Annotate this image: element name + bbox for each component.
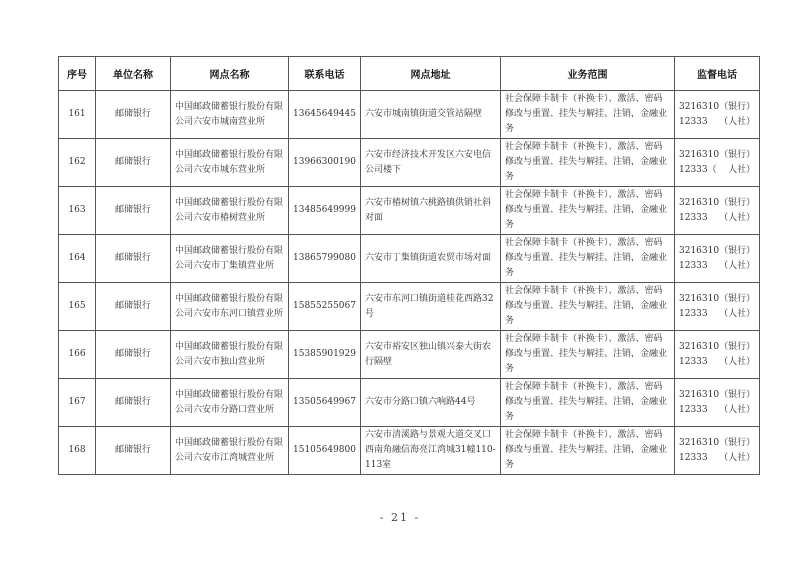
cell-contact-phone: 13966300190: [289, 139, 361, 187]
supervision-hr-line: 12333（人社）: [679, 115, 755, 130]
cell-branch-name: 中国邮政储蓄银行股份有限公司六安市城东营业所: [171, 139, 289, 187]
cell-business-scope: 社会保障卡制卡（补换卡）、激活、密码修改与重置、挂失与解挂、注销，金融业务: [501, 139, 675, 187]
document-page: 序号 单位名称 网点名称 联系电话 网点地址 业务范围 监督电话 161 邮储银…: [0, 0, 800, 565]
supervision-hr-line: 12333（人社）: [679, 259, 755, 274]
header-business-scope: 业务范围: [501, 57, 675, 91]
cell-unit-name: 邮储银行: [96, 187, 171, 235]
cell-unit-name: 邮储银行: [96, 427, 171, 475]
supervision-hr-line: 12333（人社）: [679, 163, 755, 178]
cell-business-scope: 社会保障卡制卡（补换卡）、激活、密码修改与重置、挂失与解挂、注销，金融业务: [501, 91, 675, 139]
header-supervision-phone: 监督电话: [675, 57, 760, 91]
header-branch-address: 网点地址: [361, 57, 501, 91]
table-row: 163 邮储银行 中国邮政储蓄银行股份有限公司六安市椿树营业所 13485649…: [59, 187, 760, 235]
cell-branch-name: 中国邮政储蓄银行股份有限公司六安市独山营业所: [171, 331, 289, 379]
supervision-bank-line: 3216310（银行）: [679, 148, 755, 163]
supervision-bank-line: 3216310（银行）: [679, 436, 755, 451]
supervision-bank-line: 3216310（银行）: [679, 340, 755, 355]
cell-branch-name: 中国邮政储蓄银行股份有限公司六安市东河口镇营业所: [171, 283, 289, 331]
cell-supervision-phone: 3216310（银行） 12333（人社）: [675, 427, 760, 475]
supervision-hr-line: 12333（人社）: [679, 403, 755, 418]
supervision-bank: 3216310（银行）: [679, 196, 755, 211]
table-row: 161 邮储银行 中国邮政储蓄银行股份有限公司六安市城南营业所 13645649…: [59, 91, 760, 139]
supervision-hr-label: （人社）: [719, 403, 755, 418]
supervision-bank-line: 3216310（银行）: [679, 100, 755, 115]
cell-contact-phone: 13645649445: [289, 91, 361, 139]
supervision-hr-label: （人社）: [719, 115, 755, 130]
cell-unit-name: 邮储银行: [96, 91, 171, 139]
cell-branch-name: 中国邮政储蓄银行股份有限公司六安市城南营业所: [171, 91, 289, 139]
cell-branch-name: 中国邮政储蓄银行股份有限公司六安市分路口营业所: [171, 379, 289, 427]
cell-contact-phone: 15105649800: [289, 427, 361, 475]
header-unit-name: 单位名称: [96, 57, 171, 91]
supervision-hr-label: （人社）: [719, 259, 755, 274]
cell-contact-phone: 13505649967: [289, 379, 361, 427]
supervision-bank: 3216310（银行）: [679, 388, 755, 403]
header-contact-phone: 联系电话: [289, 57, 361, 91]
cell-unit-name: 邮储银行: [96, 235, 171, 283]
supervision-hr-line: 12333（人社）: [679, 211, 755, 226]
table-row: 167 邮储银行 中国邮政储蓄银行股份有限公司六安市分路口营业所 1350564…: [59, 379, 760, 427]
supervision-bank: 3216310（银行）: [679, 100, 755, 115]
cell-branch-name: 中国邮政储蓄银行股份有限公司六安市江湾城营业所: [171, 427, 289, 475]
table-row: 168 邮储银行 中国邮政储蓄银行股份有限公司六安市江湾城营业所 1510564…: [59, 427, 760, 475]
supervision-hr-number: 12333: [679, 211, 708, 226]
cell-branch-name: 中国邮政储蓄银行股份有限公司六安市椿树营业所: [171, 187, 289, 235]
supervision-hr-number: 12333（: [679, 163, 717, 178]
header-branch-name: 网点名称: [171, 57, 289, 91]
supervision-hr-line: 12333（人社）: [679, 355, 755, 370]
supervision-bank: 3216310（银行）: [679, 244, 755, 259]
header-seq: 序号: [59, 57, 96, 91]
cell-contact-phone: 13865799080: [289, 235, 361, 283]
table-row: 162 邮储银行 中国邮政储蓄银行股份有限公司六安市城东营业所 13966300…: [59, 139, 760, 187]
cell-business-scope: 社会保障卡制卡（补换卡）、激活、密码修改与重置、挂失与解挂、注销，金融业务: [501, 187, 675, 235]
cell-business-scope: 社会保障卡制卡（补换卡）、激活、密码修改与重置、挂失与解挂、注销，金融业务: [501, 379, 675, 427]
cell-unit-name: 邮储银行: [96, 139, 171, 187]
cell-seq: 167: [59, 379, 96, 427]
cell-seq: 168: [59, 427, 96, 475]
table-header-row: 序号 单位名称 网点名称 联系电话 网点地址 业务范围 监督电话: [59, 57, 760, 91]
supervision-bank: 3216310（银行）: [679, 436, 755, 451]
cell-unit-name: 邮储银行: [96, 331, 171, 379]
cell-supervision-phone: 3216310（银行） 12333（人社）: [675, 187, 760, 235]
supervision-hr-number: 12333: [679, 259, 708, 274]
supervision-hr-label: （人社）: [719, 307, 755, 322]
supervision-hr-line: 12333（人社）: [679, 307, 755, 322]
cell-branch-address: 六安市东河口镇街道桂花西路32号: [361, 283, 501, 331]
supervision-hr-number: 12333: [679, 403, 708, 418]
supervision-bank: 3216310（银行）: [679, 340, 755, 355]
cell-contact-phone: 15855255067: [289, 283, 361, 331]
cell-seq: 161: [59, 91, 96, 139]
cell-seq: 166: [59, 331, 96, 379]
cell-contact-phone: 13485649999: [289, 187, 361, 235]
cell-supervision-phone: 3216310（银行） 12333（人社）: [675, 235, 760, 283]
cell-branch-address: 六安市椿树镇六桃路镇供销社斜对面: [361, 187, 501, 235]
supervision-bank-line: 3216310（银行）: [679, 244, 755, 259]
cell-business-scope: 社会保障卡制卡（补换卡）、激活、密码修改与重置、挂失与解挂、注销，金融业务: [501, 331, 675, 379]
cell-branch-address: 六安市丁集镇街道农贸市场对面: [361, 235, 501, 283]
supervision-hr-label: （人社）: [719, 211, 755, 226]
cell-branch-name: 中国邮政储蓄银行股份有限公司六安市丁集镇营业所: [171, 235, 289, 283]
cell-business-scope: 社会保障卡制卡（补换卡）、激活、密码修改与重置、挂失与解挂、注销，金融业务: [501, 283, 675, 331]
cell-supervision-phone: 3216310（银行） 12333（人社）: [675, 331, 760, 379]
table-row: 165 邮储银行 中国邮政储蓄银行股份有限公司六安市东河口镇营业所 158552…: [59, 283, 760, 331]
page-number: - 21 -: [0, 511, 800, 524]
cell-business-scope: 社会保障卡制卡（补换卡）、激活、密码修改与重置、挂失与解挂、注销，金融业务: [501, 427, 675, 475]
cell-supervision-phone: 3216310（银行） 12333（人社）: [675, 283, 760, 331]
supervision-hr-label: （人社）: [719, 451, 755, 466]
supervision-hr-label: 人社）: [728, 163, 755, 178]
cell-unit-name: 邮储银行: [96, 379, 171, 427]
cell-unit-name: 邮储银行: [96, 283, 171, 331]
supervision-hr-number: 12333: [679, 115, 708, 130]
cell-business-scope: 社会保障卡制卡（补换卡）、激活、密码修改与重置、挂失与解挂、注销，金融业务: [501, 235, 675, 283]
cell-seq: 164: [59, 235, 96, 283]
supervision-bank-line: 3216310（银行）: [679, 388, 755, 403]
cell-branch-address: 六安市裕安区独山镇兴泰大街农行隔壁: [361, 331, 501, 379]
supervision-hr-label: （人社）: [719, 355, 755, 370]
supervision-hr-number: 12333: [679, 451, 708, 466]
cell-supervision-phone: 3216310（银行） 12333（人社）: [675, 91, 760, 139]
cell-supervision-phone: 3216310（银行） 12333（人社）: [675, 379, 760, 427]
cell-branch-address: 六安市分路口镇六响路44号: [361, 379, 501, 427]
service-outlet-table: 序号 单位名称 网点名称 联系电话 网点地址 业务范围 监督电话 161 邮储银…: [58, 56, 760, 475]
cell-seq: 162: [59, 139, 96, 187]
supervision-bank: 3216310（银行）: [679, 292, 755, 307]
table-row: 166 邮储银行 中国邮政储蓄银行股份有限公司六安市独山营业所 15385901…: [59, 331, 760, 379]
supervision-bank-line: 3216310（银行）: [679, 292, 755, 307]
supervision-bank-line: 3216310（银行）: [679, 196, 755, 211]
table-row: 164 邮储银行 中国邮政储蓄银行股份有限公司六安市丁集镇营业所 1386579…: [59, 235, 760, 283]
cell-contact-phone: 15385901929: [289, 331, 361, 379]
cell-seq: 163: [59, 187, 96, 235]
cell-seq: 165: [59, 283, 96, 331]
supervision-hr-number: 12333: [679, 307, 708, 322]
cell-branch-address: 六安市城南镇街道交管站隔壁: [361, 91, 501, 139]
supervision-bank: 3216310（银行）: [679, 148, 755, 163]
cell-branch-address: 六安市经济技术开发区六安电信公司楼下: [361, 139, 501, 187]
cell-branch-address: 六安市清溪路与景观大道交叉口西南角融信海亮江湾城31幢110-113室: [361, 427, 501, 475]
supervision-hr-line: 12333（人社）: [679, 451, 755, 466]
cell-supervision-phone: 3216310（银行） 12333（人社）: [675, 139, 760, 187]
supervision-hr-number: 12333: [679, 355, 708, 370]
